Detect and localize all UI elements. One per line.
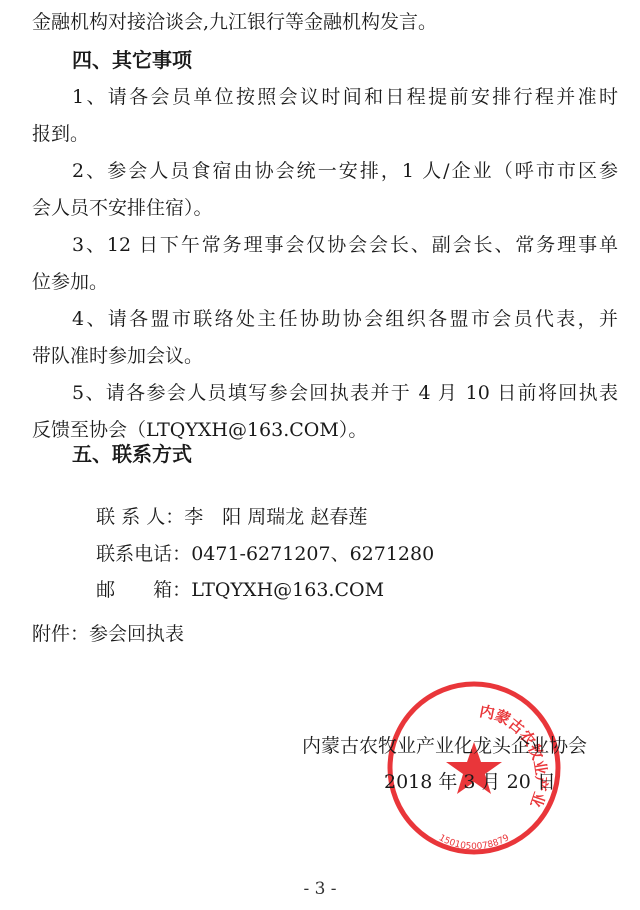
body-line: 金融机构对接洽谈会,九江银行等金融机构发言。 — [32, 9, 618, 35]
item-5-line-1: 5、请各参会人员填写参会回执表并于 4 月 10 日前将回执表 — [72, 380, 618, 406]
contact-email-value: LTQYXH@163.COM — [191, 579, 384, 601]
section-heading-other-matters: 四、其它事项 — [72, 47, 192, 73]
item-4-line-2: 带队准时参加会议。 — [32, 343, 618, 369]
document-page: 金融机构对接洽谈会,九江银行等金融机构发言。 四、其它事项 1、请各会员单位按照… — [0, 0, 640, 910]
item-1-line-2: 报到。 — [32, 121, 618, 147]
attachment-line: 附件：参会回执表 — [32, 621, 184, 647]
item-2-line-1: 2、参会人员食宿由协会统一安排，1 人/企业（呼市市区参 — [72, 158, 618, 184]
item-1-line-1: 1、请各会员单位按照会议时间和日程提前安排行程并准时 — [72, 84, 618, 110]
section-heading-contact: 五、联系方式 — [72, 441, 192, 467]
item-3-line-1: 3、12 日下午常务理事会仅协会会长、副会长、常务理事单 — [72, 232, 618, 258]
item-4-line-1: 4、请各盟市联络处主任协助协会组织各盟市会员代表，并 — [72, 306, 618, 332]
signature-date: 2018 年 3 月 20 日 — [384, 769, 556, 795]
signature-organization: 内蒙古农牧业产业化龙头企业协会 — [302, 733, 587, 759]
contact-email-label: 邮 箱： — [96, 579, 191, 601]
attachment-label: 附件： — [32, 623, 89, 645]
item-3-line-2: 位参加。 — [32, 269, 618, 295]
page-number: - 3 - — [0, 878, 640, 900]
attachment-value: 参会回执表 — [89, 623, 184, 645]
item-5-line-2: 反馈至协会（LTQYXH@163.COM）。 — [32, 417, 618, 443]
item-2-line-2: 会人员不安排住宿）。 — [32, 195, 618, 221]
contact-email: 邮 箱：LTQYXH@163.COM — [72, 551, 384, 629]
official-seal-icon: 内蒙古农牧业产业化龙头企业协会 1501050078879 — [386, 680, 562, 856]
